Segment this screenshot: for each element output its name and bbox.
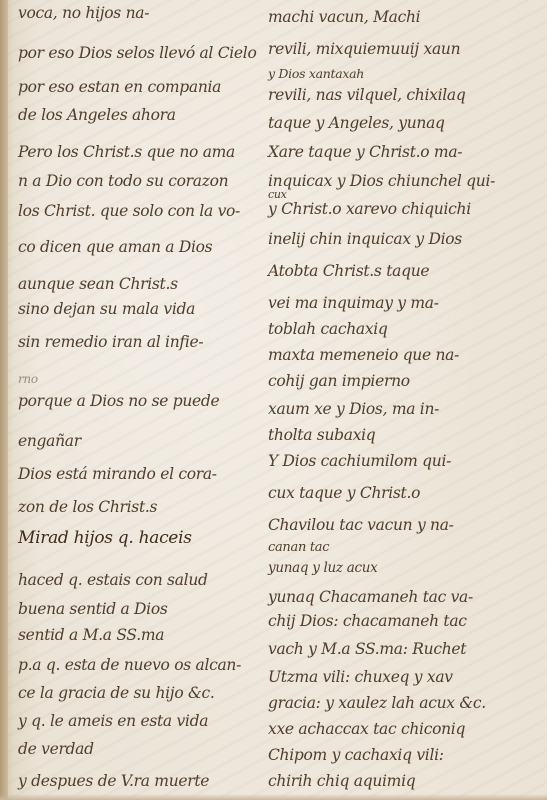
right-line: Xare taque y Christ.o ma- [268,143,462,161]
left-line: los Christ. que solo con la vo- [18,202,240,220]
right-line: chirih chiq aquimiq [268,772,415,790]
right-line: cux taque y Christ.o [268,484,420,502]
left-line: y q. le ameis en esta vida [18,712,208,730]
left-line: ce la gracia de su hijo &c. [18,684,214,702]
right-line: y Dios xantaxah [268,66,364,81]
left-line: engañar [18,432,81,450]
left-line: co dicen que aman a Dios [18,238,212,256]
right-line: Utzma vili: chuxeq y xav [268,668,453,686]
right-line: Atobta Christ.s taque [268,262,429,280]
left-line: de los Angeles ahora [18,106,176,124]
left-line: sentid a M.a SS.ma [18,626,164,644]
right-line: vei ma inquimay y ma- [268,294,439,312]
right-line: inquicax y Dios chiunchel qui- [268,172,495,190]
right-line: yunaq Chacamaneh tac va- [268,588,473,606]
right-line: taque y Angeles, yunaq [268,114,445,132]
right-line: Chavilou tac vacun y na- [268,516,454,534]
left-line: aunque sean Christ.s [18,275,178,293]
left-line: sin remedio iran al infie- [18,333,203,351]
left-line: sino dejan su mala vida [18,300,195,318]
left-line: de verdad [18,740,94,758]
left-line: p.a q. esta de nuevo os alcan- [18,656,241,674]
left-line: n a Dio con todo su corazon [18,172,228,190]
left-line: Mirad hijos q. haceis [18,528,192,548]
left-line: por eso Dios selos llevó al Cielo [18,44,256,62]
right-line: vach y M.a SS.ma: Ruchet [268,640,466,658]
left-line: y despues de V.ra muerte [18,772,209,790]
left-line: zon de los Christ.s [18,498,157,516]
page-bottom-edge [0,794,547,800]
left-line: porque a Dios no se puede [18,392,219,410]
right-line: revili, nas vilquel, chixilaq [268,86,465,104]
right-line: chij Dios: chacamaneh tac [268,612,467,630]
right-line: xaum xe y Dios, ma in- [268,400,439,418]
manuscript-page: voca, no hijos na- por eso Dios selos ll… [0,0,547,800]
right-line: cohij gan impierno [268,372,410,390]
right-line: canan tac [268,540,329,555]
right-line: inelij chin inquicax y Dios [268,230,462,248]
left-line: voca, no hijos na- [18,4,149,22]
left-line: por eso estan en compania [18,78,221,96]
right-line: revili, mixquiemuuij xaun [268,40,460,58]
right-line: y Christ.o xarevo chiquichi [268,200,471,218]
left-line: Pero los Christ.s que no ama [18,143,235,161]
right-line: toblah cachaxiq [268,320,388,338]
right-line: tholta subaxiq [268,426,375,444]
right-line: Chipom y cachaxiq vili: [268,746,444,764]
right-line: gracia: y xaulez lah acux &c. [268,694,486,712]
right-line: xxe achaccax tac chiconiq [268,720,465,738]
right-line: yunaq y luz acux [268,560,377,576]
right-line: Y Dios cachiumilom qui- [268,452,451,470]
left-line: haced q. estais con salud [18,571,208,589]
right-line: maxta memeneio que na- [268,346,459,364]
left-line: buena sentid a Dios [18,600,168,618]
left-line: Dios está mirando el cora- [18,465,217,483]
left-line: rno [18,372,38,386]
right-line: machi vacun, Machi [268,8,420,26]
page-binding-edge [0,0,8,800]
